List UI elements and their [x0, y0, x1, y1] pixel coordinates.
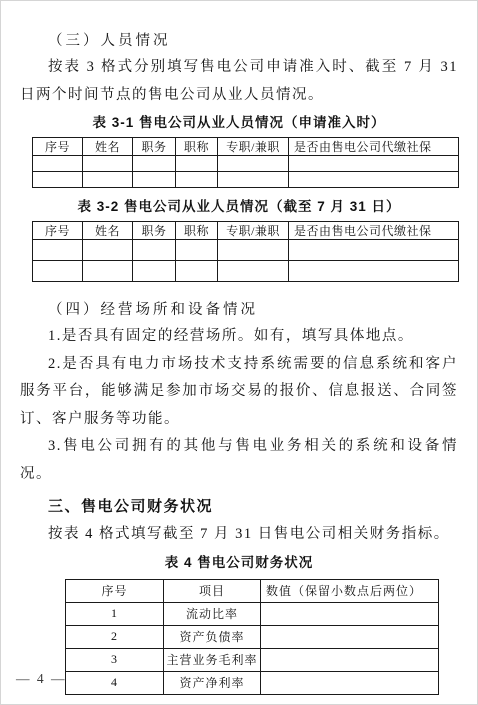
row-seq: 3	[66, 648, 164, 671]
section-finance-intro: 按表 4 格式填写截至 7 月 31 日售电公司相关财务指标。	[20, 521, 458, 549]
empty-cell	[176, 172, 218, 188]
empty-cell	[133, 172, 176, 188]
row-item: 资产负债率	[164, 625, 261, 648]
table-3-2: 序号 姓名 职务 职称 专职/兼职 是否由售电公司代缴社保	[32, 221, 459, 282]
premises-item-3: 3.售电公司拥有的其他与售电业务相关的系统和设备情况。	[20, 433, 458, 488]
empty-cell	[133, 156, 176, 172]
col-header-post: 职务	[133, 138, 176, 156]
col-header-fulltime: 专职/兼职	[218, 222, 289, 240]
table-row	[33, 172, 459, 188]
empty-cell	[176, 240, 218, 261]
table-3-2-title: 表 3-2 售电公司从业人员情况（截至 7 月 31 日）	[20, 197, 458, 217]
col-header-title: 职称	[176, 138, 218, 156]
empty-cell	[33, 156, 83, 172]
empty-cell	[83, 156, 133, 172]
col-header-social-insurance: 是否由售电公司代缴社保	[289, 138, 459, 156]
table-row	[33, 156, 459, 172]
table-row: 1 流动比率	[66, 602, 439, 625]
col-header-name: 姓名	[83, 138, 133, 156]
empty-cell	[289, 172, 459, 188]
row-seq: 1	[66, 602, 164, 625]
empty-cell	[33, 172, 83, 188]
document-page: （三）人员情况 按表 3 格式分别填写售电公司申请准入时、截至 7 月 31 日…	[0, 0, 478, 705]
table-4-header-row: 序号 项目 数值（保留小数点后两位）	[66, 579, 439, 602]
col-header-title: 职称	[176, 222, 218, 240]
empty-cell	[33, 261, 83, 282]
row-value-cell	[261, 648, 439, 671]
col-header-value: 数值（保留小数点后两位）	[261, 579, 439, 602]
table-row	[33, 261, 459, 282]
empty-cell	[289, 240, 459, 261]
table-3-1-title: 表 3-1 售电公司从业人员情况（申请准入时）	[20, 113, 458, 133]
empty-cell	[133, 240, 176, 261]
empty-cell	[218, 172, 289, 188]
table-row: 3 主营业务毛利率	[66, 648, 439, 671]
empty-cell	[289, 261, 459, 282]
row-item: 流动比率	[164, 602, 261, 625]
premises-item-2: 2.是否具有电力市场技术支持系统需要的信息系统和客户服务平台，能够满足参加市场交…	[20, 351, 458, 434]
col-header-seq: 序号	[33, 222, 83, 240]
empty-cell	[218, 261, 289, 282]
page-number: — 4 —	[16, 671, 67, 687]
table-row: 4 资产净利率	[66, 671, 439, 694]
col-header-item: 项目	[164, 579, 261, 602]
col-header-seq: 序号	[66, 579, 164, 602]
section-personnel-heading: （三）人员情况	[48, 28, 458, 54]
row-value-cell	[261, 671, 439, 694]
col-header-fulltime: 专职/兼职	[218, 138, 289, 156]
empty-cell	[176, 261, 218, 282]
col-header-social-insurance: 是否由售电公司代缴社保	[289, 222, 459, 240]
row-value-cell	[261, 602, 439, 625]
row-seq: 4	[66, 671, 164, 694]
table-4: 序号 项目 数值（保留小数点后两位） 1 流动比率 2 资产负债率 3 主营业务…	[65, 579, 439, 695]
empty-cell	[289, 156, 459, 172]
table-3-2-header-row: 序号 姓名 职务 职称 专职/兼职 是否由售电公司代缴社保	[33, 222, 459, 240]
table-3-1-header-row: 序号 姓名 职务 职称 专职/兼职 是否由售电公司代缴社保	[33, 138, 459, 156]
section-personnel-intro: 按表 3 格式分别填写售电公司申请准入时、截至 7 月 31 日两个时间节点的售…	[20, 54, 458, 109]
row-seq: 2	[66, 625, 164, 648]
empty-cell	[218, 240, 289, 261]
col-header-seq: 序号	[33, 138, 83, 156]
col-header-post: 职务	[133, 222, 176, 240]
empty-cell	[218, 156, 289, 172]
col-header-name: 姓名	[83, 222, 133, 240]
table-row	[33, 240, 459, 261]
table-3-1: 序号 姓名 职务 职称 专职/兼职 是否由售电公司代缴社保	[32, 137, 459, 188]
row-item: 资产净利率	[164, 671, 261, 694]
row-item: 主营业务毛利率	[164, 648, 261, 671]
section-premises-heading: （四）经营场所和设备情况	[48, 297, 458, 323]
table-row: 2 资产负债率	[66, 625, 439, 648]
empty-cell	[176, 156, 218, 172]
empty-cell	[33, 240, 83, 261]
section-finance-heading: 三、售电公司财务状况	[48, 493, 458, 521]
table-4-title: 表 4 售电公司财务状况	[20, 553, 458, 573]
empty-cell	[133, 261, 176, 282]
premises-item-1: 1.是否具有固定的经营场所。如有，填写具体地点。	[20, 323, 458, 351]
empty-cell	[83, 172, 133, 188]
empty-cell	[83, 261, 133, 282]
row-value-cell	[261, 625, 439, 648]
empty-cell	[83, 240, 133, 261]
